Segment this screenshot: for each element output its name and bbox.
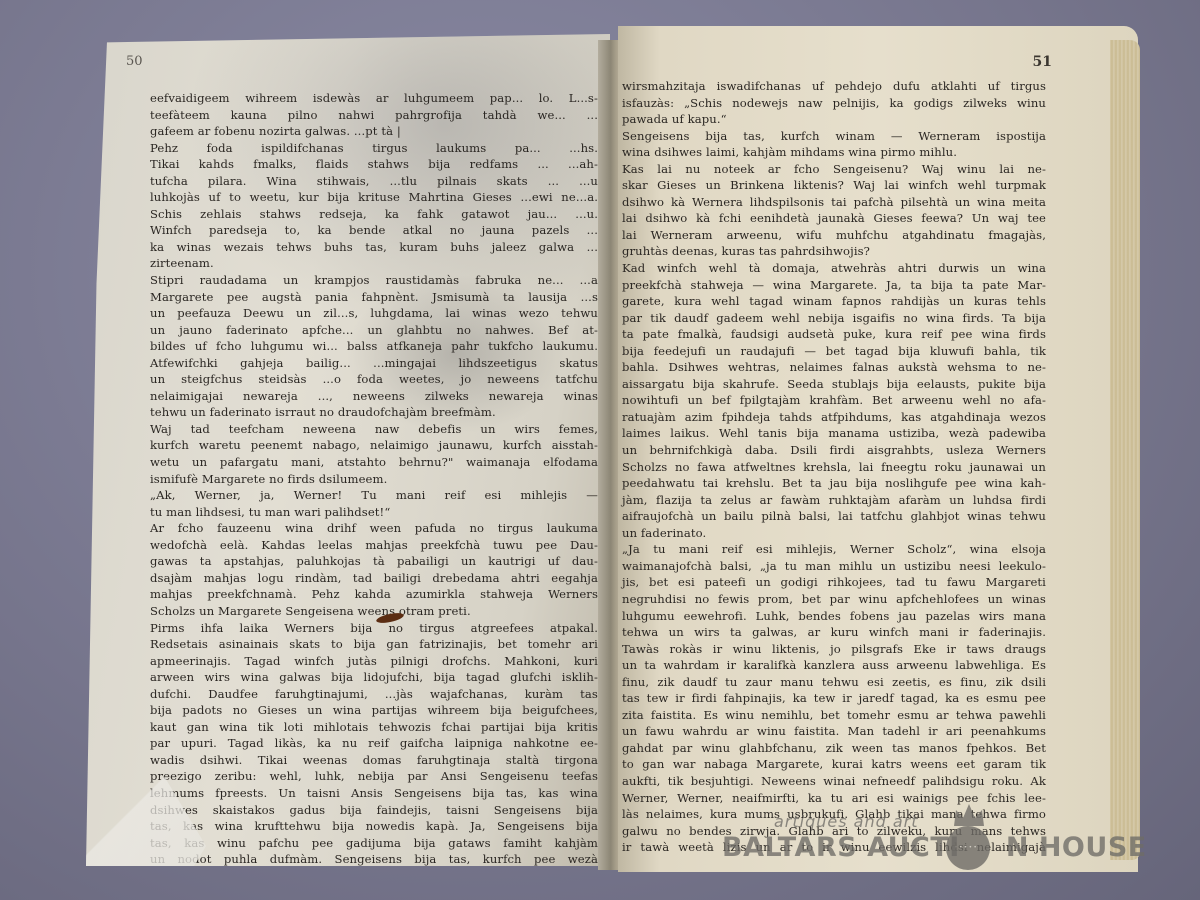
text-line: wedofchà eelà. Kahdas leelas mahjas pree…	[150, 537, 598, 554]
text-line: kurfch waretu peenemt nabago, nelaimigo …	[150, 437, 598, 454]
watermark: artiques and art BALTARS AUCTIN HOUSE	[722, 812, 1122, 872]
text-line: Atfewifchki gahjeja bailig... ...mingaja…	[150, 355, 598, 372]
text-line: wina dsihwes laimi, kahjàm mihdams wina …	[622, 144, 1046, 161]
text-line: mahjas preekfchnamà. Pehz kahda azumirkl…	[150, 586, 598, 603]
text-line: gahdat par winu glahbfchanu, zik ween ta…	[622, 740, 1046, 757]
text-line: par tik daudf gadeem wehl nebija isgaifi…	[622, 310, 1046, 327]
text-line: eefvaidigeem wihreem isdewàs ar luhgumee…	[150, 90, 598, 107]
text-line: jàm, flazija ta zelus ar fawàm ruhktajàm…	[622, 492, 1046, 509]
text-line: wirsmahzitaja iswadifchanas uf pehdejo d…	[622, 78, 1046, 95]
text-line: wetu un pafargatu mani, atstahto behrnu?…	[150, 454, 598, 471]
text-line: un ta wahrdam ir karalifkà kanzlera auss…	[622, 657, 1046, 674]
text-line: nowihtufi un bef fpilgtajàm krahfàm. Bet…	[622, 392, 1046, 409]
text-line: isfauzàs: „Schis nodewejs naw pelnijis, …	[622, 95, 1046, 112]
text-line: skar Gieses un Brinkena liktenis? Waj la…	[622, 177, 1046, 194]
text-line: Waj tad teefcham neweena naw debefis un …	[150, 421, 598, 438]
text-line: tehwa un wirs ta galwas, ar kuru winfch …	[622, 624, 1046, 641]
text-line: ka winas wezais tehws buhs tas, kuram bu…	[150, 239, 598, 256]
text-line: un steigfchus steidsàs ...o foda weetes,…	[150, 371, 598, 388]
page-text: wirsmahzitaja iswadifchanas uf pehdejo d…	[622, 78, 1046, 856]
text-line: Scholzs un Margarete Sengeisena weens ot…	[150, 603, 598, 620]
text-line: peedahwatu tai krehslu. Bet ta jau bija …	[622, 475, 1046, 492]
text-line: bildes uf fcho luhgumu wi... balss atfka…	[150, 338, 598, 355]
text-line: bija padots no Gieses un wina partijas w…	[150, 702, 598, 719]
page-number: 51	[1033, 54, 1052, 70]
text-line: teefàteem kauna pilno nahwi pahrgrofija …	[150, 107, 598, 124]
text-line: luhgumu eewehrofi. Luhk, bendes fobens j…	[622, 608, 1046, 625]
text-line: wadis dsihwi. Tikai weenas domas faruhgt…	[150, 752, 598, 769]
text-line: tas, kas winu pafchu pee gadijuma bija g…	[150, 835, 598, 852]
text-line: bahla. Dsihwes wehtras, nelaimes falnas …	[622, 359, 1046, 376]
text-line: laimes laikus. Wehl tanis bija manama us…	[622, 425, 1046, 442]
text-line: kaut gan wina tik loti mihlotais tehwozi…	[150, 719, 598, 736]
text-line: aukfti, tik besjuhtigi. Neweens winai ne…	[622, 773, 1046, 790]
text-line: Winfch paredseja to, ka bende atkal no j…	[150, 222, 598, 239]
text-line: dsihwes skaistakos gadus bija faindejis,…	[150, 802, 598, 819]
text-line: preekfchà stahweja — wina Margarete. Ja,…	[622, 277, 1046, 294]
text-line: ismifufè Margarete no firds dsilumeem.	[150, 471, 598, 488]
page-block-edges	[1110, 40, 1140, 860]
text-line: aifraujofchà un bailu pilnà balsi, lai t…	[622, 508, 1046, 525]
text-line: dsihwo kà Wernera lihdspilsonis tai pafc…	[622, 194, 1046, 211]
page-number: 50	[126, 54, 143, 69]
page-text: eefvaidigeem wihreem isdewàs ar luhgumee…	[150, 90, 598, 868]
text-line: jis, bet esi pateefi un godigi rihkojees…	[622, 574, 1046, 591]
text-line: preezigo zeribu: wehl, luhk, nebija par …	[150, 768, 598, 785]
text-line: aissargatu bija skahrufe. Seeda stublajs…	[622, 376, 1046, 393]
watermark-tagline: artiques and art	[774, 812, 919, 831]
text-line: dufchi. Daudfee faruhgtinajumi, ...jàs w…	[150, 686, 598, 703]
text-line: Tawàs rokàs ir winu liktenis, jo pilsgra…	[622, 641, 1046, 658]
text-line: zita faistita. Es winu nemihlu, bet tome…	[622, 707, 1046, 724]
text-line: waimanajofchà balsi, „ja tu man mihlu un…	[622, 558, 1046, 575]
text-line: Margarete pee augstà pania fahpnènt. Jsm…	[150, 289, 598, 306]
text-line: ratuajàm azim fpihdeja tahds atfpihdums,…	[622, 409, 1046, 426]
text-line: Pirms ihfa laika Werners bija no tirgus …	[150, 620, 598, 637]
text-line: garete, kura wehl tagad winam fapnos rah…	[622, 293, 1046, 310]
text-line: Sengeisens bija tas, kurfch winam — Wern…	[622, 128, 1046, 145]
text-line: Kad winfch wehl tà domaja, atwehràs ahtr…	[622, 260, 1046, 277]
text-line: un fawu wahrdu ar winu faistita. Man tad…	[622, 723, 1046, 740]
text-line: dsajàm mahjas logu rindàm, tad bailigi d…	[150, 570, 598, 587]
text-line: to gan war nabaga Margarete, kurai katrs…	[622, 756, 1046, 773]
text-line: un behrnifchkigà daba. Dsili firdi aisgr…	[622, 442, 1046, 459]
text-line: Schis zehlais stahws redseja, ka fahk ga…	[150, 206, 598, 223]
text-line: par upuri. Tagad likàs, ka nu reif gaifc…	[150, 735, 598, 752]
text-line: Kas lai nu noteek ar fcho Sengeisenu? Wa…	[622, 161, 1046, 178]
text-line: bija feedejufi un raudajufi — bet tagad …	[622, 343, 1046, 360]
text-line: „Ak, Werner, ja, Werner! Tu mani reif es…	[150, 487, 598, 504]
text-line: un jauno faderinato apfche... un glahbtu…	[150, 322, 598, 339]
text-line: ta pate fmalkà, faudsigi audsetà puke, k…	[622, 326, 1046, 343]
text-line: tehwu un faderinato isrraut no draudofch…	[150, 404, 598, 421]
text-line: finu, zik daudf tu zaur manu tehwu esi z…	[622, 674, 1046, 691]
text-line: pawada uf kapu.“	[622, 111, 1046, 128]
text-line: gawas ta apstahjas, paluhkojas tà pabail…	[150, 553, 598, 570]
text-line: Tikai kahds fmalks, flaids stahws bija r…	[150, 156, 598, 173]
text-line: nelaimigajai newareja ..., neweens zilwe…	[150, 388, 598, 405]
text-line: lai Werneram arweenu, wifu muhfchu atgah…	[622, 227, 1046, 244]
text-line: gruhtàs deenas, kuras tas pahrdsihwojis?	[622, 243, 1046, 260]
text-line: Pehz foda ispildifchanas tirgus laukums …	[150, 140, 598, 157]
watermark-name: BALTARS AUCTIN HOUSE	[722, 832, 1147, 863]
text-line: Ar fcho fauzeenu wina drihf ween pafuda …	[150, 520, 598, 537]
crown-icon	[952, 804, 986, 826]
text-line: „Ja tu mani reif esi mihlejis, Werner Sc…	[622, 541, 1046, 558]
text-line: negruhdisi no fewis prom, bet par winu a…	[622, 591, 1046, 608]
text-line: tas, kas wina krufttehwu bija nowedis ka…	[150, 818, 598, 835]
text-line: tu man lihdsesi, tu man wari palihdset!“	[150, 504, 598, 521]
text-line: un nodot puhla dufmàm. Sengeisens bija t…	[150, 851, 598, 868]
text-line: tufcha pilara. Wina stihwais, ...tlu pil…	[150, 173, 598, 190]
text-line: Redsetais asinainais skats to bija gan f…	[150, 636, 598, 653]
text-line: un peefauza Deewu un zil...s, luhgdama, …	[150, 305, 598, 322]
text-line: arween wirs wina galwas bija lidojufchi,…	[150, 669, 598, 686]
text-line: luhkojàs uf to weetu, kur bija krituse M…	[150, 189, 598, 206]
text-line: Stipri raudadama un krampjos raustidamàs…	[150, 272, 598, 289]
text-line: tas tew ir firdi fahpinajis, ka tew ir j…	[622, 690, 1046, 707]
text-line: zirteenam.	[150, 255, 598, 272]
text-line: Scholzs no fawa atfweltnes krehsla, lai …	[622, 459, 1046, 476]
text-line: lehmums fpreests. Un taisni Ansis Sengei…	[150, 785, 598, 802]
text-line: un faderinato.	[622, 525, 1046, 542]
text-line: gafeem ar fobenu nozirta galwas. ...pt t…	[150, 123, 598, 140]
text-line: lai dsihwo kà fchi eenihdetà jaunakà Gie…	[622, 210, 1046, 227]
text-line: apmeerinajis. Tagad winfch jutàs pilnigi…	[150, 653, 598, 670]
left-page: 50 eefvaidigeem wihreem isdewàs ar luhgu…	[86, 34, 610, 866]
right-page: 51 wirsmahzitaja iswadifchanas uf pehdej…	[618, 26, 1138, 872]
open-book-photo: 50 eefvaidigeem wihreem isdewàs ar luhgu…	[0, 0, 1200, 900]
